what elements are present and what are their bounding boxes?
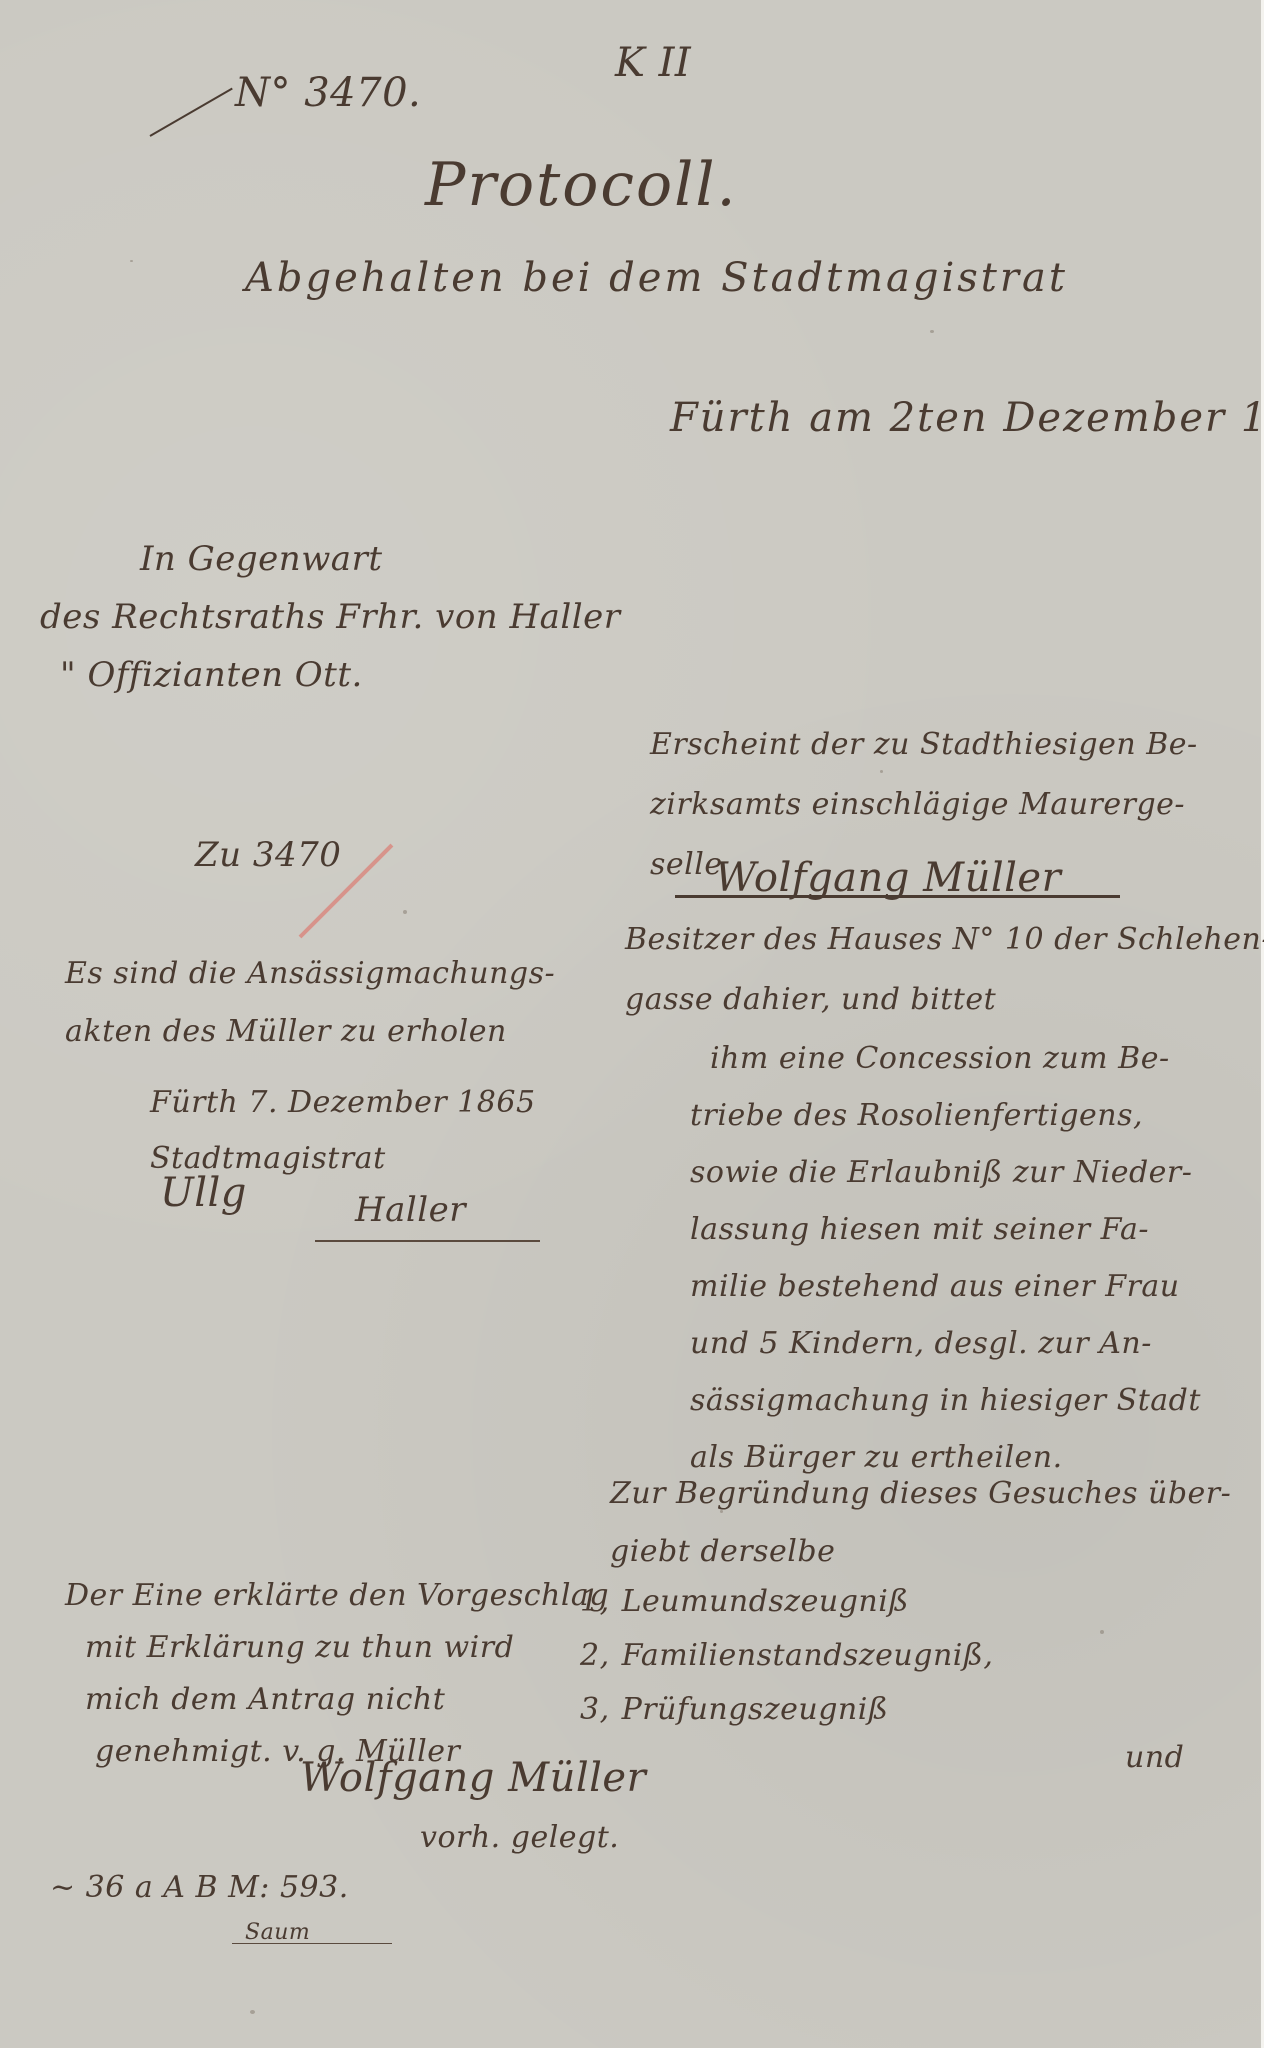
margin-note-line: Es sind die Ansässigmachungs- [65, 945, 555, 1003]
request-line: milie bestehend aus einer Frau [690, 1258, 1201, 1315]
margin-note-text: Es sind die Ansässigmachungs- akten des … [65, 945, 555, 1061]
paper-speck [403, 910, 407, 914]
closing-text: Der Eine erklärte den Vorgeschlag mit Er… [65, 1570, 609, 1778]
paraph-underline [232, 1943, 392, 1944]
document-page: N° 3470. K II Protocoll. Abgehalten bei … [0, 0, 1264, 2048]
closing-line: mit Erklärung zu thun wird [65, 1622, 609, 1674]
document-item: 3, Prüfungszeugniß [580, 1683, 993, 1737]
document-title: Protocoll. [425, 150, 738, 220]
present-line: " Offizianten Ott. [40, 646, 621, 704]
request-line: triebe des Rosolienfertigens, [690, 1087, 1201, 1144]
name-underline [675, 895, 1120, 898]
petitioner-signature: Wolfgang Müller [300, 1755, 646, 1801]
signature-underline [315, 1240, 540, 1242]
closing-line: Der Eine erklärte den Vorgeschlag [65, 1570, 609, 1622]
request-line: sowie die Erlaubniß zur Nieder- [690, 1144, 1201, 1201]
margin-reference: Zu 3470 [195, 835, 341, 875]
present-block: In Gegenwart des Rechtsraths Frhr. von H… [40, 530, 621, 704]
paper-speck [250, 2010, 255, 2014]
signed-note: vorh. gelegt. [420, 1820, 619, 1855]
document-list: 1, Leumundszeugniß 2, Familienstandszeug… [580, 1575, 993, 1737]
closing-reference: ~ 36 a A B M: 593. [50, 1870, 349, 1905]
document-item: 2, Familienstandszeugniß, [580, 1629, 993, 1683]
paraph: Saum [245, 1920, 310, 1945]
document-label: Leumundszeugniß [622, 1575, 909, 1629]
place-date: Fürth am 2ten Dezember 1865. [670, 395, 1264, 441]
paper-speck [1100, 1630, 1104, 1634]
justification-line: Zur Begründung dieses Gesuches über- [610, 1465, 1231, 1523]
present-line: des Rechtsraths Frhr. von Haller [40, 588, 621, 646]
file-number: N° 3470. [235, 70, 421, 116]
present-line: In Gegenwart [40, 530, 621, 588]
document-label: Prüfungszeugniß [622, 1683, 889, 1737]
request-line: und 5 Kindern, desgl. zur An- [690, 1315, 1201, 1372]
body-line: Besitzer des Hauses N° 10 der Schlehen- [625, 910, 1264, 970]
registry-mark: K II [615, 40, 691, 86]
document-label: Familienstandszeugniß, [622, 1629, 994, 1683]
closing-line: mich dem Antrag nicht [65, 1674, 609, 1726]
request-line: ihm eine Concession zum Be- [690, 1030, 1201, 1087]
document-subtitle: Abgehalten bei dem Stadtmagistrat [245, 255, 1068, 301]
file-number-flourish [150, 88, 233, 137]
document-item: 1, Leumundszeugniß [580, 1575, 993, 1629]
request-line: sässigmachung in hiesiger Stadt [690, 1372, 1201, 1429]
margin-date: Fürth 7. Dezember 1865 [150, 1075, 536, 1131]
body-line: gasse dahier, und bittet [625, 970, 1264, 1030]
margin-note-line: akten des Müller zu erholen [65, 1003, 555, 1061]
paper-speck [930, 330, 934, 333]
body-justification: Zur Begründung dieses Gesuches über- gie… [610, 1465, 1231, 1581]
justification-line: giebt derselbe [610, 1523, 1231, 1581]
body-owner: Besitzer des Hauses N° 10 der Schlehen- … [625, 910, 1264, 1030]
margin-signature: Haller [355, 1190, 466, 1230]
margin-initials: Ullg [160, 1170, 247, 1216]
body-line: zirksamts einschlägige Maurerge- [650, 775, 1198, 835]
request-line: lassung hiesen mit seiner Fa- [690, 1201, 1201, 1258]
catchword: und [1125, 1740, 1184, 1775]
body-line: Erscheint der zu Stadthiesigen Be- [650, 715, 1198, 775]
paper-speck [130, 260, 133, 262]
body-request: ihm eine Concession zum Be- triebe des R… [690, 1030, 1201, 1486]
